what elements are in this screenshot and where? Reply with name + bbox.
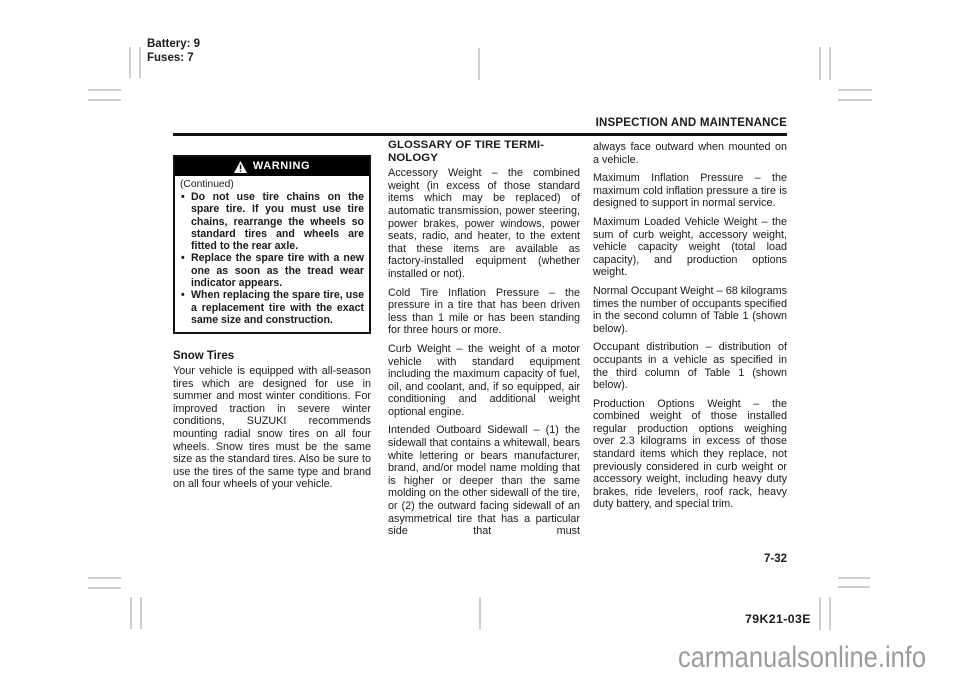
- crop-mark: [819, 597, 821, 630]
- crop-mark: [479, 597, 481, 630]
- warning-box: WARNING (Continued) • Do not use tire ch…: [173, 155, 371, 334]
- right-column: always face outward when mounted on a ve…: [593, 141, 787, 511]
- manual-page: Battery: 9 Fuses: 7 INSPECTION AND MAINT…: [0, 0, 960, 678]
- glossary-entry-occupant-distribution: Occupant distribution – distribution of …: [593, 341, 787, 391]
- crop-mark: [838, 89, 872, 91]
- middle-column: GLOSSARY OF TIRE TERMI-NOLOGY Accessory …: [388, 139, 580, 538]
- bullet-glyph: •: [181, 289, 185, 301]
- page-number: 7-32: [173, 553, 787, 565]
- header-rule: [173, 133, 787, 136]
- crop-mark: [139, 47, 141, 78]
- section-title: INSPECTION AND MAINTENANCE: [173, 117, 787, 129]
- glossary-entry-accessory-weight: Accessory Weight – the combined weight (…: [388, 167, 580, 280]
- crop-mark: [88, 587, 121, 589]
- glossary-entry-curb-weight: Curb Weight – the weight of a motor vehi…: [388, 343, 580, 419]
- crop-mark: [130, 597, 132, 629]
- glossary-heading: GLOSSARY OF TIRE TERMI-NOLOGY: [388, 139, 580, 164]
- warning-bullet-item: • Replace the spare tire with a new one …: [180, 252, 364, 289]
- crop-mark: [829, 47, 831, 80]
- left-column: WARNING (Continued) • Do not use tire ch…: [173, 155, 371, 334]
- warning-bullet-list: • Do not use tire chains on the spare ti…: [180, 191, 364, 326]
- warning-title: WARNING: [253, 160, 310, 173]
- glossary-entry-intended-outboard-sidewall: Intended Outboard Sidewall – (1) the sid…: [388, 424, 580, 537]
- document-code: 79K21-03E: [745, 612, 811, 626]
- warning-continued-label: (Continued): [180, 179, 364, 191]
- crop-mark: [88, 577, 121, 579]
- watermark: carmanualsonline.info: [678, 641, 926, 675]
- crop-mark: [129, 47, 131, 78]
- glossary-entry-cold-tire-inflation-pressure: Cold Tire Inflation Pressure – the press…: [388, 287, 580, 337]
- snow-tires-section: Snow Tires Your vehicle is equipped with…: [173, 350, 371, 491]
- crop-mark: [838, 577, 870, 579]
- glossary-entry-maximum-loaded-vehicle-weight: Maximum Loaded Vehicle Weight – the sum …: [593, 216, 787, 279]
- warning-bullet-text: When replacing the spare tire, use a rep…: [191, 289, 364, 326]
- crop-mark: [88, 89, 121, 91]
- warning-triangle-icon: [234, 161, 247, 173]
- reference-note: Battery: 9 Fuses: 7: [147, 37, 200, 65]
- crop-mark: [838, 586, 870, 588]
- glossary-entry-normal-occupant-weight: Normal Occupant Weight – 68 kilograms ti…: [593, 285, 787, 335]
- crop-mark: [819, 47, 821, 80]
- crop-mark: [838, 99, 872, 101]
- glossary-entry-production-options-weight: Production Options Weight – the combined…: [593, 398, 787, 511]
- reference-note-fuses: Fuses: 7: [147, 51, 200, 65]
- glossary-entry-maximum-inflation-pressure: Maximum Inflation Pressure – the maximum…: [593, 172, 787, 210]
- warning-bullet-item: • When replacing the spare tire, use a r…: [180, 289, 364, 326]
- warning-box-body: (Continued) • Do not use tire chains on …: [175, 176, 369, 332]
- bullet-glyph: •: [181, 191, 185, 203]
- crop-mark: [829, 597, 831, 630]
- warning-box-header: WARNING: [175, 157, 369, 176]
- warning-bullet-text: Replace the spare tire with a new one as…: [191, 252, 364, 289]
- crop-mark: [140, 597, 142, 629]
- reference-note-battery: Battery: 9: [147, 37, 200, 51]
- crop-mark: [88, 99, 121, 101]
- crop-mark: [478, 48, 480, 80]
- glossary-entry-sidewall-continuation: always face outward when mounted on a ve…: [593, 141, 787, 166]
- warning-bullet-item: • Do not use tire chains on the spare ti…: [180, 191, 364, 252]
- snow-tires-heading: Snow Tires: [173, 350, 371, 363]
- bullet-glyph: •: [181, 252, 185, 264]
- warning-bullet-text: Do not use tire chains on the spare tire…: [191, 191, 364, 252]
- snow-tires-body: Your vehicle is equipped with all-season…: [173, 365, 371, 491]
